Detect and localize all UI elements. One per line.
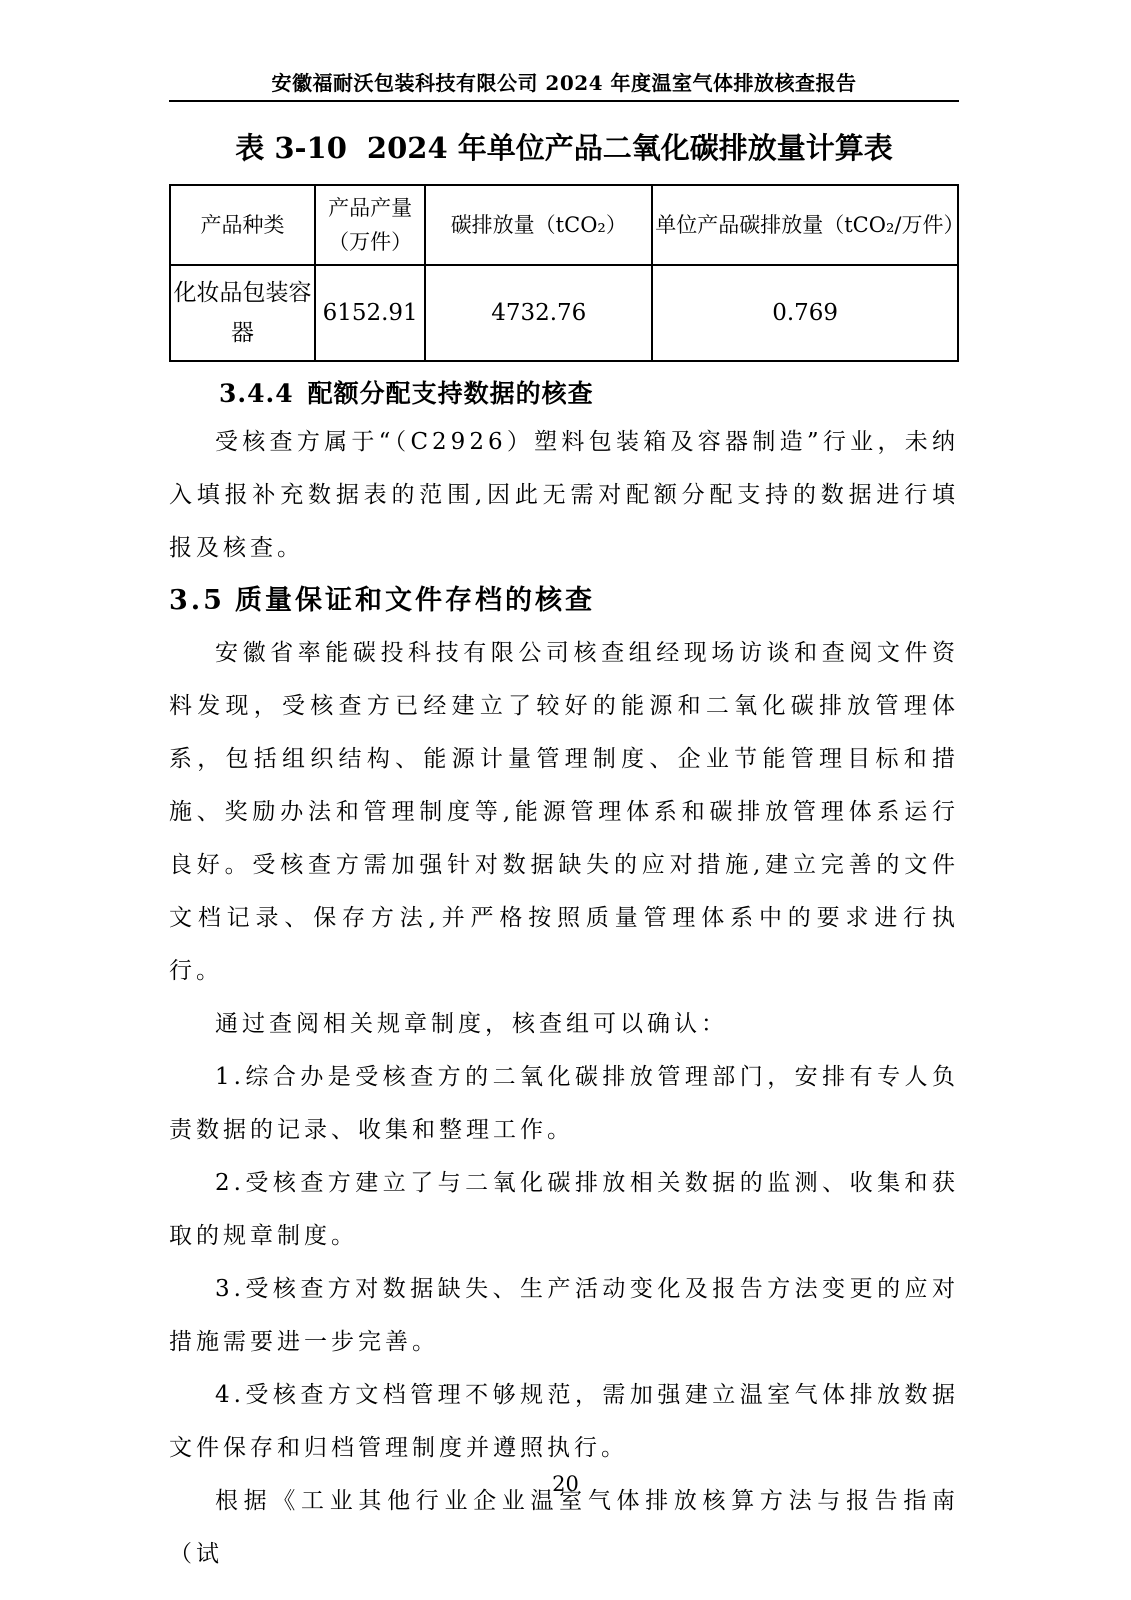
section-heading-3-5: 3.5质量保证和文件存档的核查 bbox=[169, 575, 959, 627]
cell-unit-emissions-value: 0.769 bbox=[652, 265, 958, 361]
paragraph-3-5-confirm: 通过查阅相关规章制度，核查组可以确认： bbox=[169, 998, 959, 1051]
document-page: 安徽福耐沃包装科技有限公司 2024 年度温室气体排放核查报告 表 3-1020… bbox=[0, 0, 1131, 1600]
table-caption-number: 表 3-10 bbox=[235, 131, 347, 165]
paragraph-item-4: 4.受核查方文档管理不够规范，需加强建立温室气体排放数据文件保存和归档管理制度并… bbox=[169, 1369, 959, 1475]
cell-product-type: 化妆品包装容器 bbox=[170, 265, 315, 361]
page-number: 20 bbox=[0, 1470, 1131, 1498]
table-data-row: 化妆品包装容器 6152.91 4732.76 0.769 bbox=[170, 265, 958, 361]
paragraph-item-3: 3.受核查方对数据缺失、生产活动变化及报告方法变更的应对措施需要进一步完善。 bbox=[169, 1263, 959, 1369]
running-header: 安徽福耐沃包装科技有限公司 2024 年度温室气体排放核查报告 bbox=[169, 70, 959, 102]
paragraph-3-4-4-body: 受核查方属于“（C2926）塑料包装箱及容器制造”行业，未纳入填报补充数据表的范… bbox=[169, 416, 959, 575]
section-title: 质量保证和文件存档的核查 bbox=[235, 585, 595, 616]
table-caption: 表 3-102024 年单位产品二氧化碳排放量计算表 bbox=[169, 130, 959, 166]
section-title: 配额分配支持数据的核查 bbox=[308, 379, 594, 408]
header-cell-product-type: 产品种类 bbox=[170, 185, 315, 265]
cell-output-value: 6152.91 bbox=[315, 265, 425, 361]
section-number: 3.5 bbox=[169, 585, 225, 616]
header-cell-unit-emissions: 单位产品碳排放量（tCO₂/万件） bbox=[652, 185, 958, 265]
paragraph-item-2: 2.受核查方建立了与二氧化碳排放相关数据的监测、收集和获取的规章制度。 bbox=[169, 1157, 959, 1263]
section-heading-3-4-4: 3.4.4配额分配支持数据的核查 bbox=[169, 372, 959, 416]
cell-emissions-value: 4732.76 bbox=[425, 265, 652, 361]
table-header-row: 产品种类 产品产量（万件） 碳排放量（tCO₂） 单位产品碳排放量（tCO₂/万… bbox=[170, 185, 958, 265]
section-number: 3.4.4 bbox=[219, 379, 294, 408]
header-cell-output: 产品产量（万件） bbox=[315, 185, 425, 265]
paragraph-item-1: 1.综合办是受核查方的二氧化碳排放管理部门，安排有专人负责数据的记录、收集和整理… bbox=[169, 1051, 959, 1157]
emissions-table: 产品种类 产品产量（万件） 碳排放量（tCO₂） 单位产品碳排放量（tCO₂/万… bbox=[169, 184, 959, 362]
paragraph-3-5-intro: 安徽省率能碳投科技有限公司核查组经现场访谈和查阅文件资料发现，受核查方已经建立了… bbox=[169, 627, 959, 998]
header-cell-emissions: 碳排放量（tCO₂） bbox=[425, 185, 652, 265]
table-caption-title: 2024 年单位产品二氧化碳排放量计算表 bbox=[367, 131, 893, 165]
